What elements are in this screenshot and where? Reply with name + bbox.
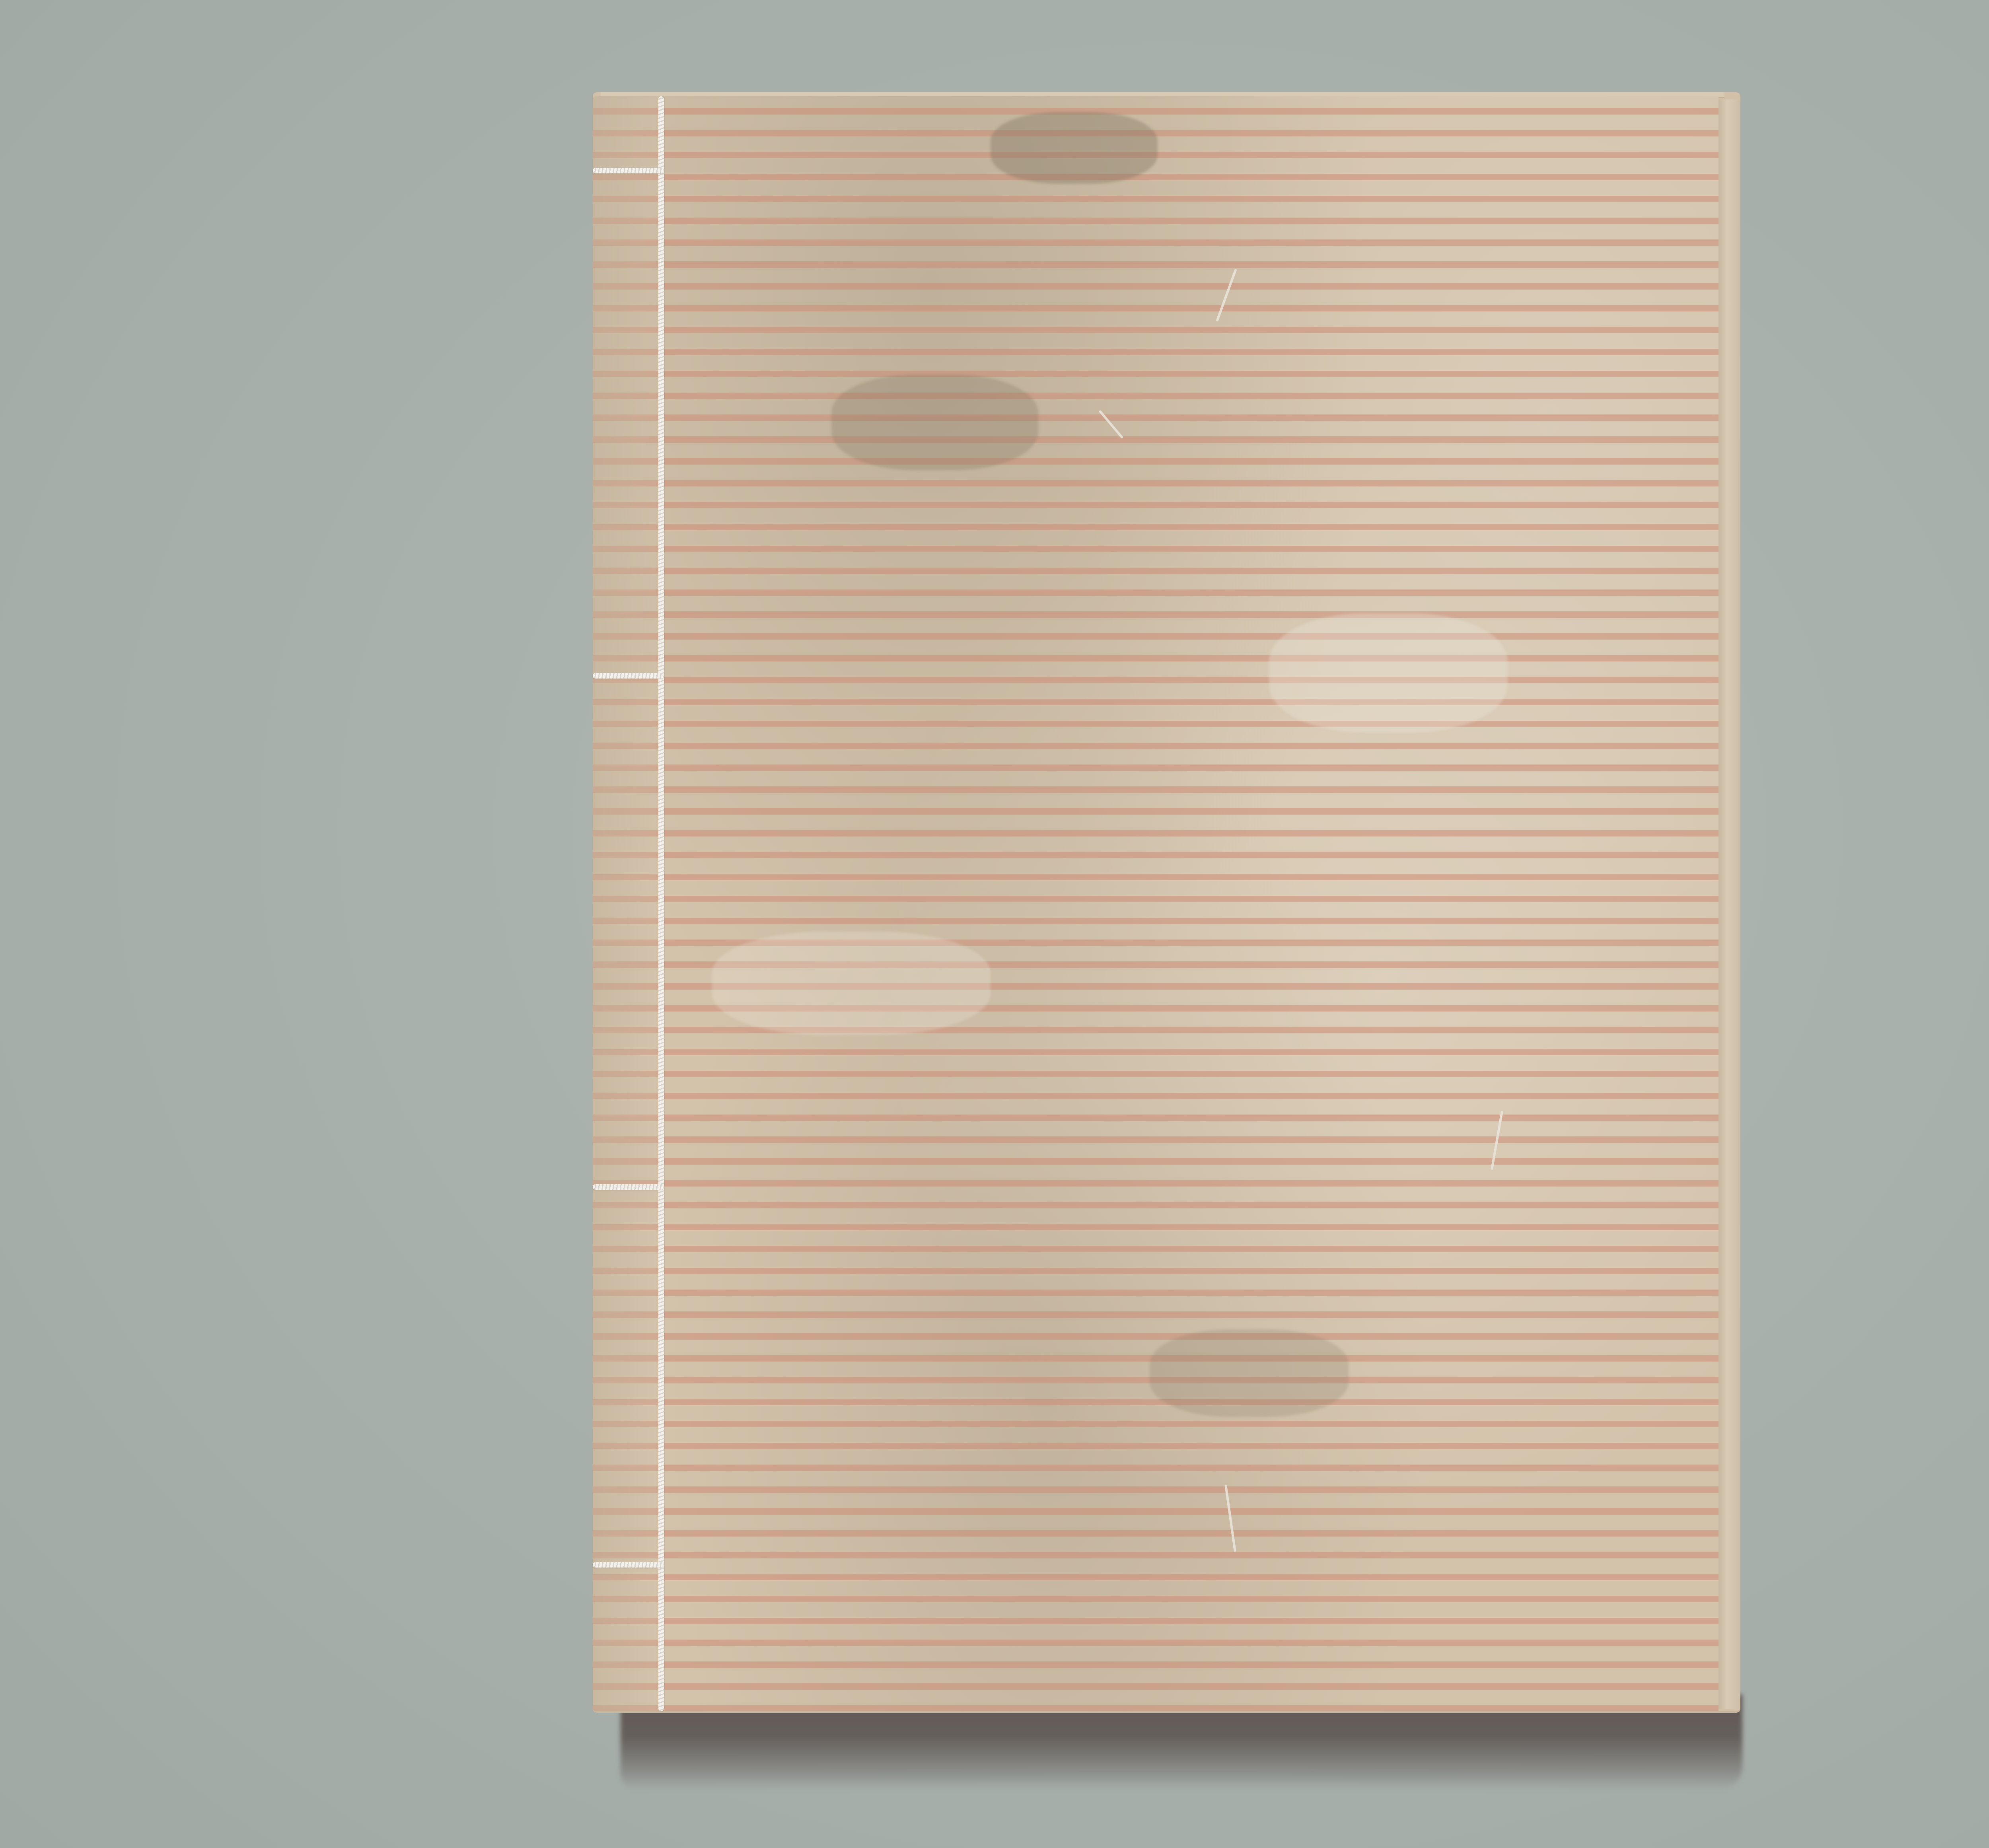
cover-highlight xyxy=(712,932,991,1035)
cover-stain xyxy=(831,375,1038,470)
binding-stitch-4 xyxy=(593,1562,664,1568)
cover-highlight xyxy=(1269,613,1508,733)
book-page-edge-right xyxy=(1717,99,1740,1709)
paper-fiber xyxy=(1216,268,1237,322)
spine-margin xyxy=(593,96,662,1711)
binding-thread-vertical xyxy=(658,96,664,1711)
binding-stitch-1 xyxy=(593,168,664,173)
paper-fiber xyxy=(1099,410,1123,439)
cover-stain xyxy=(991,112,1158,184)
cover-stain xyxy=(1150,1329,1349,1417)
paper-fiber xyxy=(1224,1484,1236,1552)
book-cover xyxy=(593,96,1718,1711)
book xyxy=(593,92,1740,1711)
paper-fiber xyxy=(1491,1111,1503,1170)
binding-stitch-2 xyxy=(593,673,664,679)
binding-stitch-3 xyxy=(593,1184,664,1190)
